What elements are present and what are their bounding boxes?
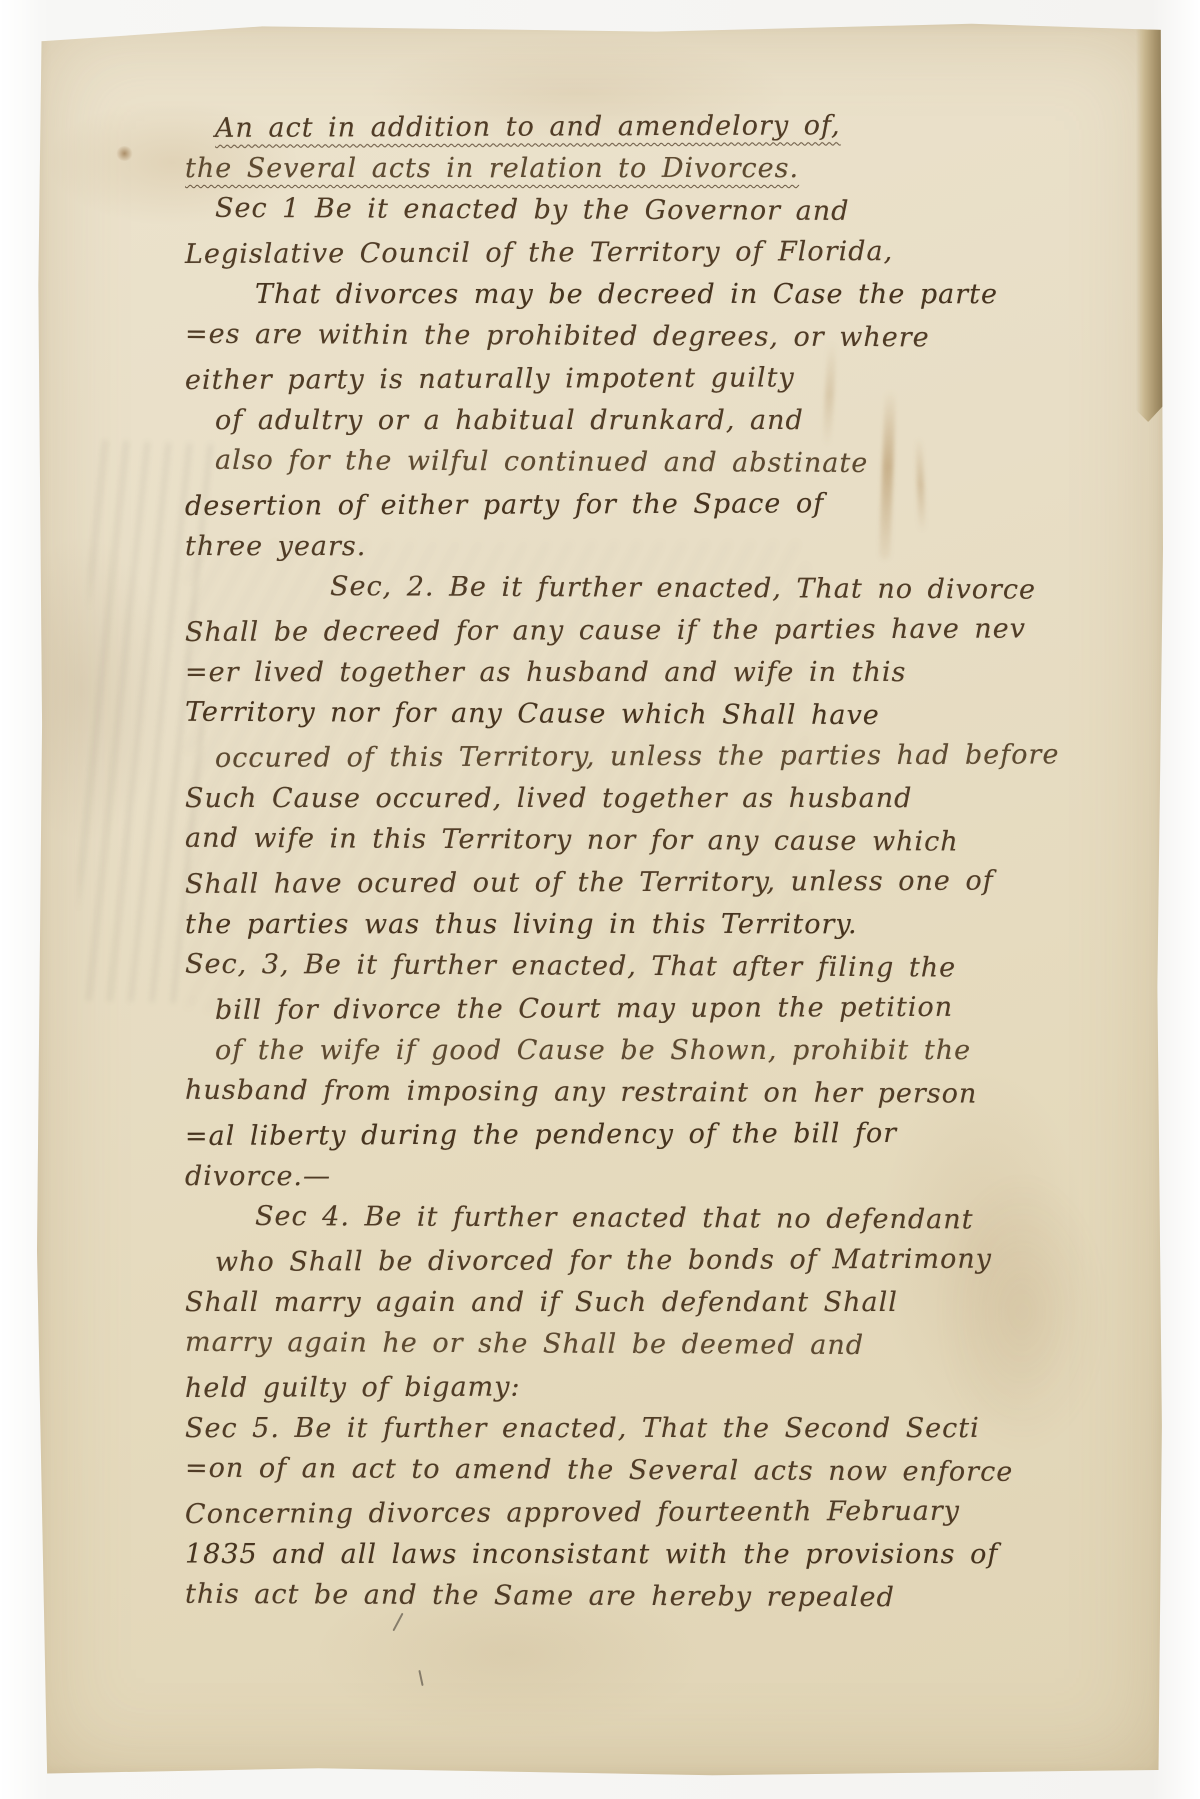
manuscript-line: 1835 and all laws inconsistant with the …: [185, 1534, 1115, 1576]
manuscript-line: either party is naturally impotent guilt…: [185, 356, 1115, 402]
manuscript-line: That divorces may be decreed in Case the…: [255, 274, 1115, 316]
manuscript-line: the Several acts in relation to Divorces…: [185, 148, 1115, 190]
manuscript-line: and wife in this Territory nor for any c…: [185, 818, 1115, 865]
manuscript-paper: An act in addition to and amendelory of,…: [37, 22, 1163, 1777]
manuscript-line: of the wife if good Cause be Shown, proh…: [215, 1030, 1115, 1072]
ink-spot-stain: [116, 146, 133, 161]
manuscript-line: =es are within the prohibited degrees, o…: [185, 314, 1115, 361]
manuscript-line: Sec, 2. Be it further enacted, That no d…: [330, 566, 1115, 612]
manuscript-line: =er lived together as husband and wife i…: [185, 652, 1115, 694]
manuscript-line: occured of this Territory, unless the pa…: [215, 734, 1115, 780]
manuscript-line: desertion of either party for the Space …: [185, 482, 1115, 528]
manuscript-line: Sec 5. Be it further enacted, That the S…: [185, 1408, 1115, 1450]
manuscript-line: who Shall be divorced for the bonds of M…: [215, 1238, 1115, 1284]
stray-pen-mark: [418, 1670, 423, 1686]
manuscript-line: three years.: [185, 526, 1115, 568]
manuscript-line: husband from imposing any restraint on h…: [185, 1070, 1115, 1117]
manuscript-line: of adultry or a habitual drunkard, and: [215, 400, 1115, 442]
manuscript-line: held guilty of bigamy:: [185, 1364, 1115, 1410]
manuscript-line: divorce.—: [185, 1156, 1115, 1198]
manuscript-line: Concerning divorces approved fourteenth …: [185, 1490, 1115, 1536]
manuscript-line: =al liberty during the pendency of the b…: [185, 1112, 1115, 1158]
manuscript-line: =on of an act to amend the Several acts …: [185, 1448, 1115, 1495]
manuscript-line: marry again he or she Shall be deemed an…: [185, 1322, 1115, 1369]
manuscript-text: An act in addition to and amendelory of,…: [185, 106, 1115, 1618]
manuscript-line: Sec 1 Be it enacted by the Governor and: [215, 188, 1115, 234]
manuscript-line: the parties was thus living in this Terr…: [185, 904, 1115, 946]
manuscript-line: Shall marry again and if Such defendant …: [185, 1282, 1115, 1324]
manuscript-line: Shall be decreed for any cause if the pa…: [185, 608, 1115, 654]
manuscript-line: An act in addition to and amendelory of,: [215, 104, 1115, 150]
manuscript-line: Sec 4. Be it further enacted that no def…: [255, 1196, 1115, 1242]
folded-edge-strip: [1136, 22, 1163, 422]
manuscript-line: Sec, 3, Be it further enacted, That afte…: [185, 944, 1115, 991]
manuscript-line: Legislative Council of the Territory of …: [185, 230, 1115, 276]
manuscript-line: Such Cause occured, lived together as hu…: [185, 778, 1115, 820]
manuscript-line: this act be and the Same are hereby repe…: [185, 1574, 1115, 1621]
manuscript-line: also for the wilful continued and abstin…: [215, 440, 1115, 486]
manuscript-line: Shall have ocured out of the Territory, …: [185, 860, 1115, 906]
manuscript-line: Territory nor for any Cause which Shall …: [185, 692, 1115, 739]
manuscript-line: bill for divorce the Court may upon the …: [215, 986, 1115, 1032]
